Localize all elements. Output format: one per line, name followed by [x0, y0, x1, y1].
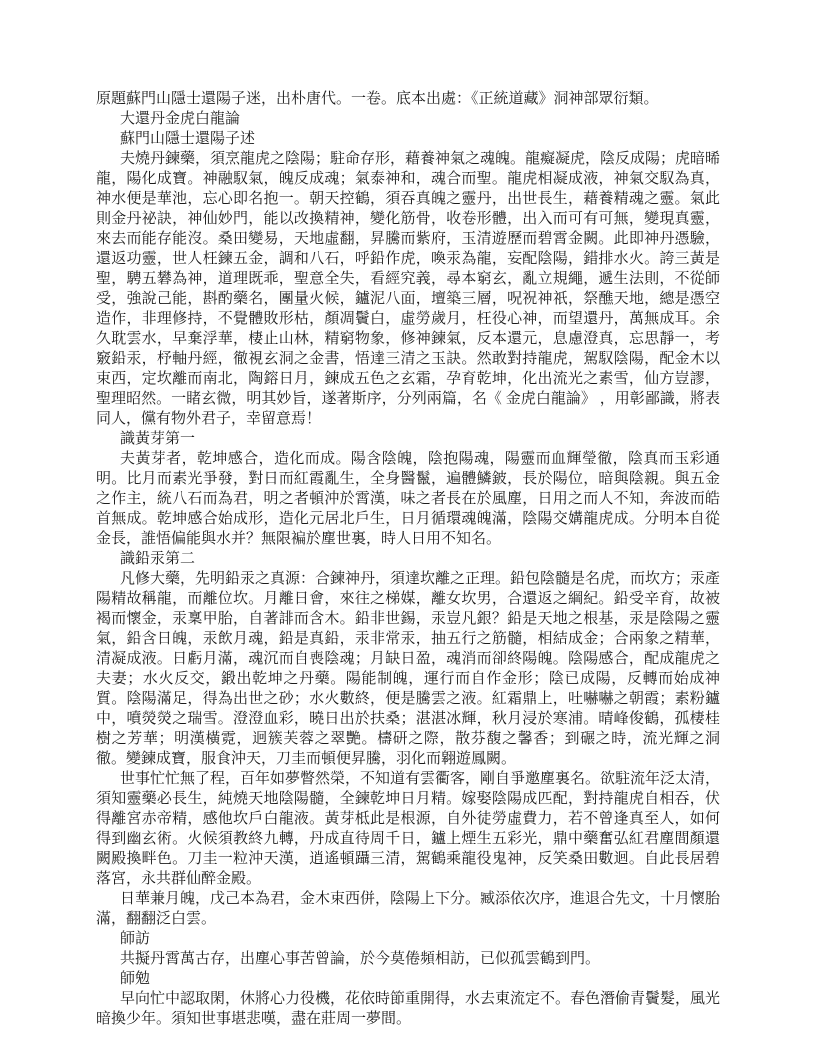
paragraph-shimian: 早向忙中認取閑，休將心力役機，花依時節重開得，水去東流定不。春色潛偷青鬢髮，風光…: [96, 989, 720, 1029]
paragraph-huangya: 夫黃芽者，乾坤感合，造化而成。陽含陰魄，陰抱陽魂，陽靈而血輝瑩徹，陰真而玉彩通明…: [96, 449, 720, 549]
document-page: 原題蘇門山隱士還陽子迷，出朴唐代。一卷。底本出處：《正統道藏》洞神部眾衍類。 大…: [96, 89, 720, 1029]
paragraph-qiangong: 凡修大藥，先明鉛汞之真源：合鍊神丹，須達坎離之正理。鉛包陰髓是名虎，而坎方；汞產…: [96, 569, 720, 769]
section-heading-qiangong: 識鉛汞第二: [96, 549, 720, 569]
paragraph-shifang: 共擬丹霄萬古存，出塵心事苦曾論，於今莫倦頻相訪，已似孤雲鶴到門。: [96, 949, 720, 969]
document-title: 大還丹金虎白龍論: [96, 109, 720, 129]
source-note: 原題蘇門山隱士還陽子迷，出朴唐代。一卷。底本出處：《正統道藏》洞神部眾衍類。: [96, 89, 720, 109]
preface-paragraph: 夫燒丹鍊藥，須烹龍虎之陰陽；駐命存形，藉養神氣之魂魄。龍癡凝虎，陰反成陽；虎暗晞…: [96, 149, 720, 429]
section-heading-huangya: 識黃芽第一: [96, 429, 720, 449]
section-heading-shimian: 師勉: [96, 969, 720, 989]
section-heading-shifang: 師訪: [96, 929, 720, 949]
paragraph-verse-2: 日華兼月魄，戊己本為君，金木束西併，陰陽上下分。臧添依次序，進退合先文，十月懷胎…: [96, 889, 720, 929]
document-author: 蘇門山隱士還陽子述: [96, 129, 720, 149]
paragraph-verse-1: 世事忙忙無了程，百年如夢瞥然榮，不知道有雲衢客，剛自爭邀塵裏名。欲駐流年泛太清，…: [96, 769, 720, 889]
